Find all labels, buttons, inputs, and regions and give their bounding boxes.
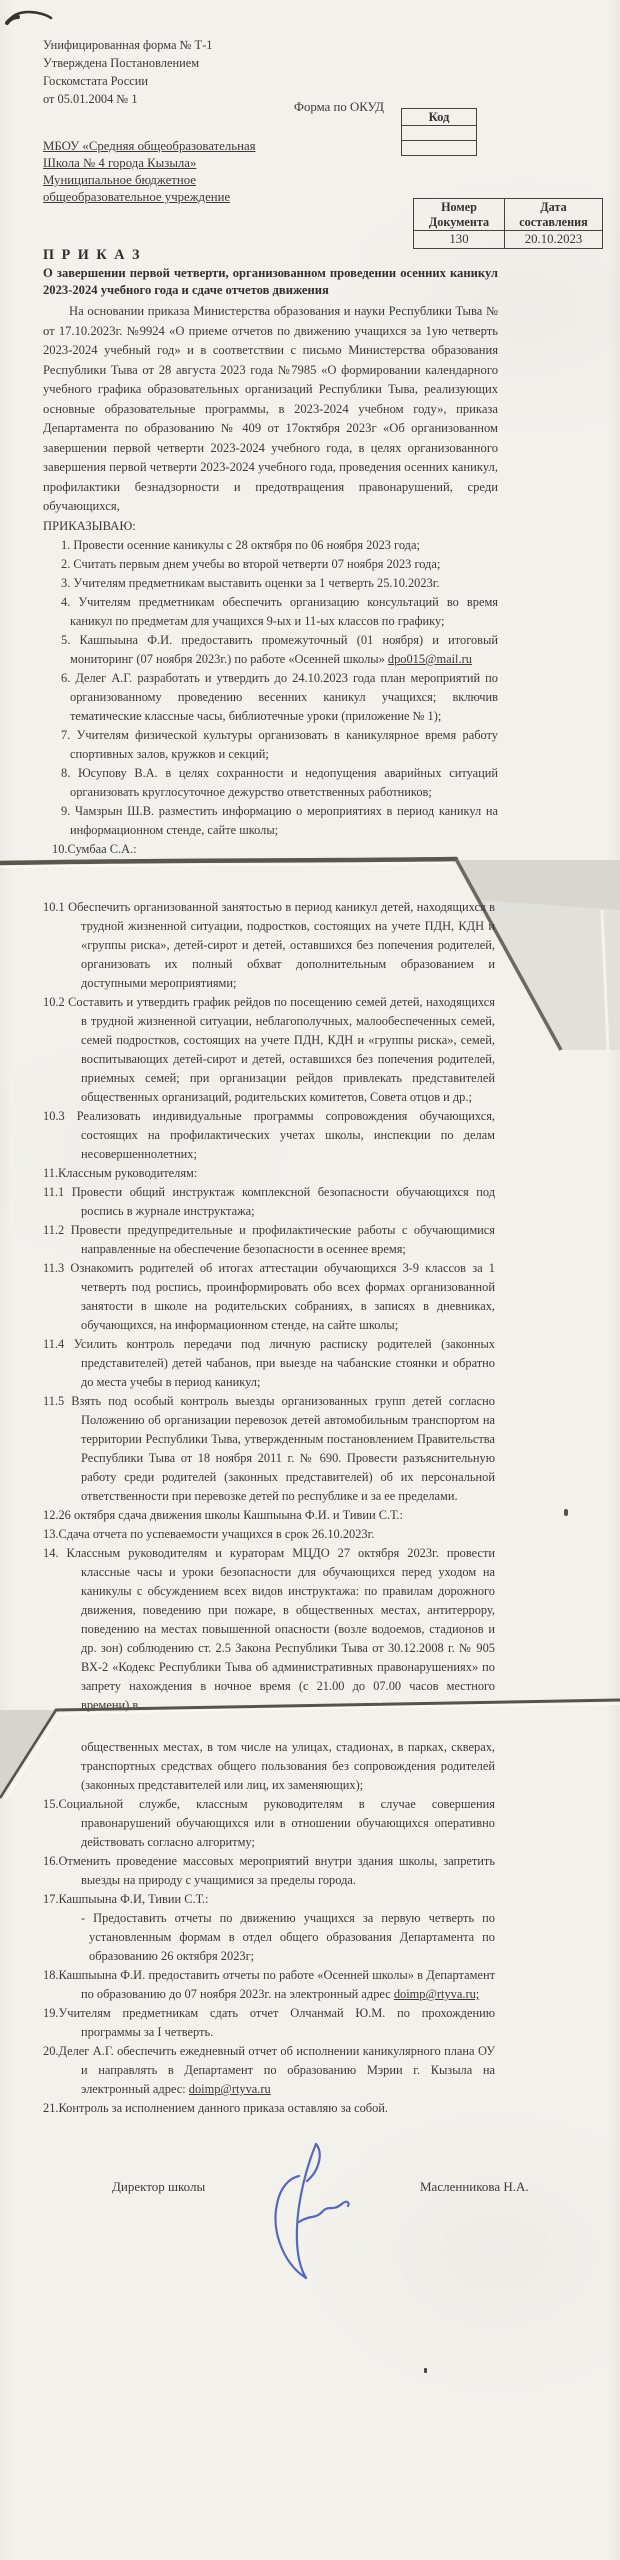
order-item-text: 9. Чамзрын Ш.В. разместить информацию о …	[61, 804, 498, 837]
form-reference: Унифицированная форма № Т-1 Утверждена П…	[43, 36, 212, 108]
order-item: 16.Отменить проведение массовых мероприя…	[43, 1852, 495, 1890]
order-item-text: 21.Контроль за исполнением данного прика…	[43, 2101, 388, 2115]
order-item-text: 13.Сдача отчета по успеваемости учащихся…	[43, 1527, 374, 1541]
order-item: 7. Учителям физической культуры организо…	[61, 726, 498, 764]
order-item-text: 11.Классным руководителям:	[43, 1166, 197, 1180]
doc-date-header: Дата составления	[505, 199, 603, 231]
order-item-text: 11.1 Провести общий инструктаж комплексн…	[43, 1185, 495, 1218]
order-item: 11.1 Провести общий инструктаж комплексн…	[43, 1183, 495, 1221]
okud-code-empty-cell	[402, 141, 477, 156]
doc-date-value: 20.10.2023	[505, 231, 603, 249]
signature-name: Масленникова Н.А.	[420, 2179, 529, 2195]
order-item-text: 11.5 Взять под особый контроль выезды ор…	[43, 1394, 495, 1503]
form-reference-line: Утверждена Постановлением	[43, 54, 212, 72]
page3-body: общественных местах, в том числе на улиц…	[43, 1738, 495, 2118]
order-item: 9. Чамзрын Ш.В. разместить информацию о …	[61, 802, 498, 840]
order-item-text: 4. Учителям предметникам обеспечить орга…	[61, 595, 498, 628]
page1-body: О завершении первой четверти, организова…	[43, 265, 498, 859]
order-item-text: 10.1 Обеспечить организованной занятость…	[43, 900, 495, 990]
form-reference-line: Унифицированная форма № Т-1	[43, 36, 212, 54]
order-item: 11.2 Провести предупредительные и профил…	[43, 1221, 495, 1259]
order-items-page1: 1. Провести осенние каникулы с 28 октябр…	[43, 536, 498, 859]
order-item: 17.Кашпыына Ф.И, Тивии С.Т.:	[43, 1890, 495, 1909]
organization-name-line: Муниципальное бюджетное	[43, 172, 256, 189]
order-item: 11.5 Взять под особый контроль выезды ор…	[43, 1392, 495, 1506]
order-item-text: 12.26 октября сдача движения школы Кашпы…	[43, 1508, 403, 1522]
email-link: dpo015@mail.ru	[388, 652, 472, 666]
order-item: 11.Классным руководителям:	[43, 1164, 495, 1183]
order-item: 11.4 Усилить контроль передачи под личну…	[43, 1335, 495, 1392]
handwritten-signature	[252, 2138, 367, 2283]
order-item-text: 6. Делег А.Г. разработать и утвердить до…	[61, 671, 498, 723]
order-item-text: 8. Юсупову В.А. в целях сохранности и не…	[61, 766, 498, 799]
order-item: 13.Сдача отчета по успеваемости учащихся…	[43, 1525, 495, 1544]
organization-name-line: общеобразовательное учреждение	[43, 189, 256, 206]
order-item: 11.3 Ознакомить родителей об итогах атте…	[43, 1259, 495, 1335]
resolve-label: ПРИКАЗЫВАЮ:	[43, 517, 498, 537]
order-item: 10.2 Составить и утвердить график рейдов…	[43, 993, 495, 1107]
form-reference-line: Госкомстата России	[43, 72, 212, 90]
order-item: 12.26 октября сдача движения школы Кашпы…	[43, 1506, 495, 1525]
document-number-table: Номер Документа Дата составления 130 20.…	[413, 198, 603, 249]
order-item-text: 15.Социальной службе, классным руководит…	[43, 1797, 495, 1849]
order-intro: На основании приказа Министерства образо…	[43, 302, 498, 517]
pen-mark-icon	[5, 8, 55, 28]
order-item-text: 16.Отменить проведение массовых мероприя…	[43, 1854, 495, 1887]
organization-name-line: МБОУ «Средняя общеобразовательная	[43, 138, 256, 155]
signature-role-label: Директор школы	[112, 2179, 205, 2195]
organization-name: МБОУ «Средняя общеобразовательная Школа …	[43, 138, 256, 206]
order-item: 21.Контроль за исполнением данного прика…	[43, 2099, 495, 2118]
order-items-page2: 10.1 Обеспечить организованной занятость…	[43, 898, 495, 1715]
okud-code-table: Код	[401, 108, 477, 156]
order-heading: П Р И К А З	[43, 247, 142, 264]
okud-code-empty-cell	[402, 126, 477, 141]
order-item: 8. Юсупову В.А. в целях сохранности и не…	[61, 764, 498, 802]
order-item: 3. Учителям предметникам выставить оценк…	[61, 574, 498, 593]
scanned-order-document: Унифицированная форма № Т-1 Утверждена П…	[0, 0, 620, 2560]
order-item: 2. Считать первым днем учебы во второй ч…	[61, 555, 498, 574]
form-reference-line: от 05.01.2004 № 1	[43, 90, 212, 108]
order-item-text: 10.2 Составить и утвердить график рейдов…	[43, 995, 495, 1104]
order-item-text: 17.Кашпыына Ф.И, Тивии С.Т.:	[43, 1892, 209, 1906]
okud-label: Форма по ОКУД	[216, 100, 384, 115]
okud-code-header: Код	[402, 109, 477, 126]
order-items-page3a: 15.Социальной службе, классным руководит…	[43, 1795, 495, 1909]
order-title: О завершении первой четверти, организова…	[43, 265, 498, 299]
order-item-text: 2. Считать первым днем учебы во второй ч…	[61, 557, 440, 571]
order-item: 10.1 Обеспечить организованной занятость…	[43, 898, 495, 993]
order-item-text: 11.2 Провести предупредительные и профил…	[43, 1223, 495, 1256]
order-item-text: 3. Учителям предметникам выставить оценк…	[61, 576, 440, 590]
email-link: doimp@rtyva.ru	[189, 2082, 271, 2096]
scan-speck	[424, 2368, 427, 2373]
order-item: 19.Учителям предметникам сдать отчет Олч…	[43, 2004, 495, 2042]
order-item: 4. Учителям предметникам обеспечить орга…	[61, 593, 498, 631]
order-item-text: 1. Провести осенние каникулы с 28 октябр…	[61, 538, 420, 552]
order-item-text: 10.3 Реализовать индивидуальные программ…	[43, 1109, 495, 1161]
scan-speck	[564, 1509, 568, 1516]
organization-name-line: Школа № 4 города Кызыла»	[43, 155, 256, 172]
page2-body: 10.1 Обеспечить организованной занятость…	[43, 898, 495, 1715]
order-item: 10.3 Реализовать индивидуальные программ…	[43, 1107, 495, 1164]
item17-sub-bullet: - Предоставить отчеты по движению учащих…	[81, 1909, 495, 1966]
order-item: 5. Кашпыына Ф.И. предоставить промежуточ…	[61, 631, 498, 669]
order-item-text: 11.4 Усилить контроль передачи под личну…	[43, 1337, 495, 1389]
order-items-page3b: 18.Кашпыына Ф.И. предоставить отчеты по …	[43, 1966, 495, 2118]
order-item-text: 7. Учителям физической культуры организо…	[61, 728, 498, 761]
order-item-text: 11.3 Ознакомить родителей об итогах атте…	[43, 1261, 495, 1332]
order-item: 1. Провести осенние каникулы с 28 октябр…	[61, 536, 498, 555]
order-item: 20.Делег А.Г. обеспечить ежедневный отче…	[43, 2042, 495, 2099]
item14-continuation: общественных местах, в том числе на улиц…	[81, 1738, 495, 1795]
doc-number-header: Номер Документа	[414, 199, 505, 231]
order-item: 15.Социальной службе, классным руководит…	[43, 1795, 495, 1852]
email-link: doimp@rtyva.ru;	[394, 1987, 479, 2001]
order-item-text: 19.Учителям предметникам сдать отчет Олч…	[43, 2006, 495, 2039]
order-item: 18.Кашпыына Ф.И. предоставить отчеты по …	[43, 1966, 495, 2004]
doc-number-value: 130	[414, 231, 505, 249]
order-item: 6. Делег А.Г. разработать и утвердить до…	[61, 669, 498, 726]
